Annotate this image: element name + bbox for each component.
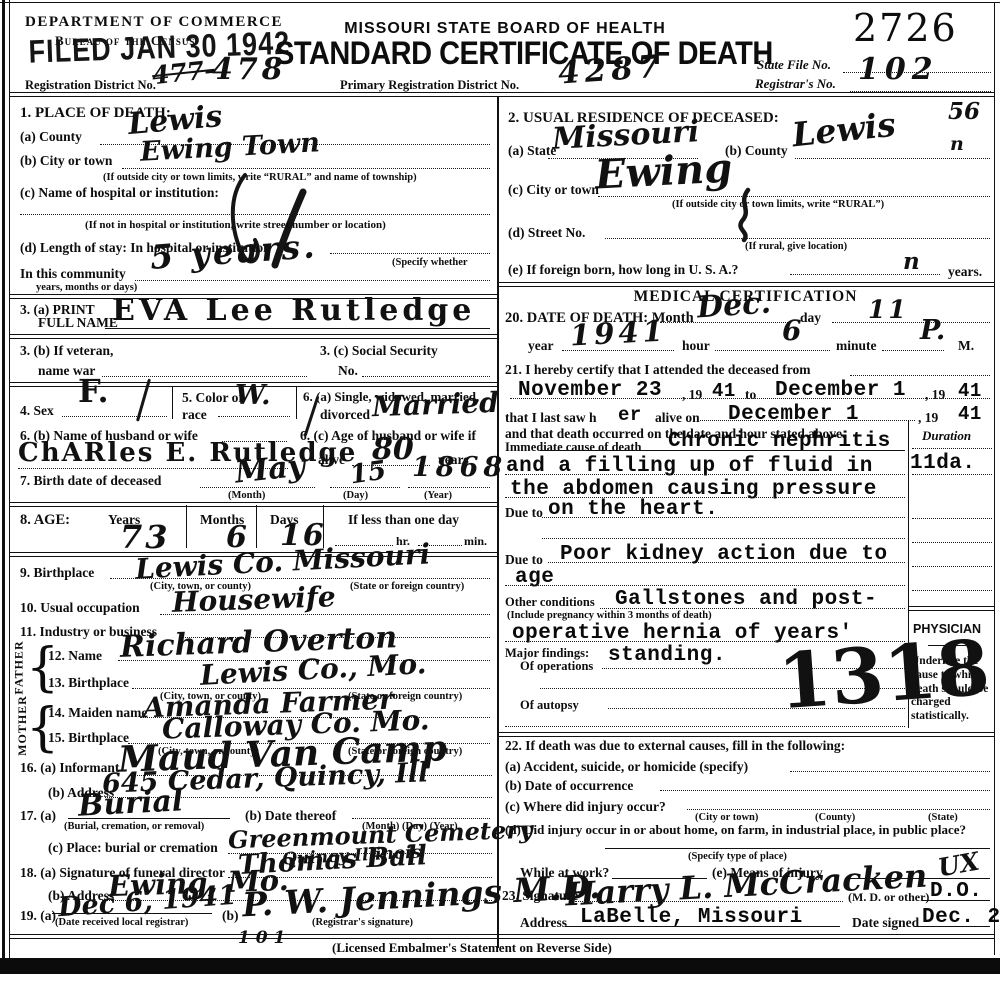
s2-foreign-label: (e) If foreign born, how long in U. S. A… [508, 262, 738, 278]
s20-month-line [660, 322, 790, 323]
s23-address-line [565, 926, 840, 927]
s456-divider1 [172, 386, 173, 419]
s2-foreign-mark: n [903, 248, 920, 275]
s21-to-label: to [745, 387, 756, 403]
other-conditions-label: Other conditions [505, 595, 595, 610]
s3c-label2: No. [338, 363, 358, 379]
s22-title: 22. If death was due to external causes,… [505, 738, 845, 754]
s23-date-label: Date signed [852, 915, 919, 931]
duration-header: Duration [922, 428, 971, 444]
s21-line1-rule [850, 375, 990, 376]
embalmer-footer: (Licensed Embalmer's Statement on Revers… [332, 940, 612, 956]
s22-d-label: (d) Did injury occur in or about home, o… [505, 822, 966, 838]
s3b-label1: 3. (b) If veteran, [20, 343, 113, 359]
s8-divider1 [186, 505, 187, 548]
s4-label: 4. Sex [20, 403, 54, 419]
s21-line1: 21. I hereby certify that I attended the… [505, 362, 810, 378]
s22-b-label: (b) Date of occurrence [505, 778, 633, 794]
other-hint: (Include pregnancy within 3 months of de… [507, 610, 712, 621]
s7-year-value: 1868 [412, 452, 507, 483]
s12-label: 12. Name [48, 648, 102, 664]
s23-md-label: (M. D. or other) [848, 890, 929, 905]
registrar-no-value: 102 [858, 52, 939, 87]
s19-b-hint: (Registrar's signature) [312, 917, 413, 928]
s2-county-label: (b) County [725, 143, 788, 159]
s23-signature-line [575, 901, 843, 902]
s7-bottom-rule [10, 502, 497, 507]
s5-line [218, 416, 290, 417]
s20-year-value: 1941 [569, 313, 667, 352]
duration-rule-6 [912, 590, 992, 591]
s22-c-line [687, 809, 990, 810]
s1-county-label: (a) County [20, 129, 82, 145]
s2-county-note: 56 [948, 98, 980, 125]
fullname-line [105, 328, 490, 329]
s22-d-line [605, 848, 990, 849]
s1-hospital-line [20, 214, 490, 215]
s2-city-line [598, 196, 990, 197]
s2-county-line [795, 158, 990, 159]
s2-foreign-suffix: years. [948, 264, 982, 280]
registration-district-line [160, 92, 332, 93]
due1-rule [542, 517, 905, 518]
autopsy-label: Of autopsy [520, 698, 579, 713]
s19-a-hint: (Date received local registrar) [55, 917, 188, 928]
bottom-scan-bar [0, 958, 1000, 974]
s17-a-label: 17. (a) [20, 808, 56, 824]
s20-day-value: 11 [868, 295, 909, 324]
s7-year-hint: (Year) [424, 490, 452, 501]
s5-value: W. [235, 380, 271, 411]
s1-city-label: (b) City or town [20, 153, 112, 169]
s23-md-line [922, 900, 990, 901]
s22-e-mark: UX [936, 847, 982, 883]
s10-line [160, 614, 490, 615]
s19-b-label: (b) [222, 908, 239, 924]
s20-year-line [562, 350, 674, 351]
s1-stay-line [330, 253, 490, 254]
primary-registration-value: 4287 [557, 48, 666, 91]
s21-line2a: that I last saw h [505, 410, 597, 426]
s7-year-line [408, 487, 490, 488]
s20-hour-line [715, 350, 830, 351]
s2-street-line [605, 238, 990, 239]
s6c-label2: alive [318, 452, 345, 468]
s7-month-line [200, 487, 315, 488]
s2-city-label: (c) City or town [508, 182, 599, 198]
s2-city-hint: (If outside city or town limits, write “… [672, 199, 884, 210]
fullname-value: EVA Lee Rutledge [112, 293, 475, 328]
due2-rule2 [505, 585, 905, 586]
duration-value: 11da. [910, 452, 976, 475]
registrar-no-label: Registrar's No. [755, 76, 836, 92]
death-certificate-document: DEPARTMENT OF COMMERCE Bureau of the Cen… [0, 0, 1000, 1000]
s22-d-hint: (Specify type of place) [688, 851, 787, 862]
s7-label: 7. Birth date of deceased [20, 473, 161, 489]
s3c-line [362, 376, 490, 377]
registration-district-label: Registration District No. [25, 78, 156, 93]
s2-county-mark: n [950, 133, 964, 155]
duration-rule-4 [912, 542, 992, 543]
state-file-label: State File No. [757, 57, 831, 73]
s7-day-hint: (Day) [343, 490, 368, 501]
physician-box-rule [908, 606, 994, 611]
s3b-line [102, 376, 307, 377]
s20-day-line [832, 322, 990, 323]
s1-community-label: In this community [20, 266, 126, 282]
other-rule1 [600, 608, 905, 609]
s4-line [62, 416, 167, 417]
s1-community-hint: years, months or days) [36, 282, 137, 293]
s1-hospital-hint: (If not in hospital or institution, writ… [85, 219, 386, 231]
due2-rule1 [548, 562, 905, 563]
s17-a-line [68, 818, 230, 819]
s19-a-label: 19. (a) [20, 908, 56, 924]
duration-rule-5 [912, 566, 992, 567]
left-border-outer [2, 0, 5, 958]
s21-19b: , 19 [925, 387, 945, 403]
s7-day-line [330, 487, 400, 488]
s21-from-rule [510, 398, 990, 399]
s8-lessday-header: If less than one day [348, 512, 459, 528]
s17-a-hint: (Burial, cremation, or removal) [64, 821, 204, 832]
right-border [994, 2, 995, 955]
s7-month-value: May [233, 448, 306, 490]
s22-a-line [790, 771, 990, 772]
s17-c-label: (c) Place: burial or cremation [48, 840, 218, 856]
s8-divider3 [323, 505, 324, 548]
s8-label: 8. AGE: [20, 512, 70, 529]
left-border-inner [9, 0, 10, 958]
s21-bottom-rule [497, 732, 994, 737]
s14-label: 14. Maiden name [48, 705, 147, 721]
s20-hour-label: hour [682, 338, 710, 354]
s5-label2: race [182, 407, 207, 423]
s10-label: 10. Usual occupation [20, 600, 140, 616]
s2-county-value: Lewis [790, 105, 897, 155]
s20-year-label: year [528, 338, 553, 354]
s8-min-label: min. [464, 534, 487, 549]
s3c-label1: 3. (c) Social Security [320, 343, 438, 359]
s9-line [110, 578, 490, 579]
operations-label: Of operations [520, 659, 593, 674]
registrar-no-line [850, 91, 991, 92]
s23-bottom-rule [497, 934, 994, 939]
s2-street-hint: (If rural, give location) [745, 241, 847, 252]
autopsy-handwritten-number: 1318 [775, 623, 992, 727]
s20-minute-label: minute [836, 338, 877, 354]
s3a-bottom-rule [10, 334, 497, 339]
s23-date-line [915, 926, 990, 927]
cause-line2-rule [505, 474, 905, 475]
s4-value: F. [78, 372, 109, 410]
primary-registration-label: Primary Registration District No. [340, 78, 519, 93]
s2-street-label: (d) Street No. [508, 225, 585, 241]
father-side-label: FATHER [12, 640, 27, 694]
s21-19c: , 19 [918, 410, 938, 426]
s1-stay-hint1: (Specify whether [392, 257, 468, 268]
certificate-number: 2726 [853, 6, 958, 50]
duration-rule-1 [912, 448, 992, 449]
cause-label: Immediate cause of death [505, 440, 641, 455]
duration-rule-2 [912, 474, 992, 475]
s22-a-label: (a) Accident, suicide, or homicide (spec… [505, 759, 748, 775]
s7-month-hint: (Month) [228, 490, 265, 501]
s19-bottom-rule [10, 934, 497, 939]
primary-registration-line [545, 92, 705, 93]
s7-day-value: 15 [348, 456, 388, 491]
s8-divider2 [256, 505, 257, 548]
s1-community-line [135, 280, 490, 281]
s21-lastseen: December 1 [728, 403, 859, 426]
s6a-label2: divorced [320, 407, 370, 423]
s21-yr3: 41 [958, 403, 982, 425]
blank-rule-3 [505, 726, 905, 727]
s20-month-value: Dec. [696, 285, 772, 325]
s20-m-label: M. [958, 338, 974, 354]
top-border [0, 2, 1000, 3]
s9-hint2: (State or foreign country) [350, 581, 464, 592]
s20-day-label: day [800, 310, 821, 326]
s21-er: er [618, 404, 642, 426]
s20-ampm-hand: P. [920, 315, 945, 346]
s1-city-line [122, 168, 490, 169]
s20-minute-line [882, 350, 944, 351]
s9-label: 9. Birthplace [20, 565, 94, 581]
s20-hour-value: 6 [782, 314, 801, 347]
pen-scribble [730, 188, 760, 243]
cause-line1-rule [540, 450, 905, 451]
s1-hospital-label: (c) Name of hospital or institution: [20, 185, 219, 201]
s456-divider2 [296, 386, 297, 419]
duration-rule-3 [912, 518, 992, 519]
s21-lastseen-rule [700, 420, 915, 421]
blank-rule-1 [542, 538, 905, 539]
major-findings-value: standing. [608, 644, 726, 667]
s22-c-label: (c) Where did injury occur? [505, 799, 666, 815]
s23-address-label: Address [520, 915, 567, 931]
s6a-value: Married [371, 386, 499, 423]
s19-a-line [52, 913, 212, 914]
due1-label: Due to [505, 505, 543, 521]
s22-b-line [660, 790, 990, 791]
registration-district-value: 478 [212, 52, 287, 87]
s2-city-value: Ewing [594, 144, 733, 198]
s21-line2b: alive on [655, 410, 700, 426]
s2-state-label: (a) State [508, 143, 556, 159]
registration-district-crossed: 477- [151, 55, 216, 90]
s21-19a: , 19 [682, 387, 702, 403]
s13-label: 13. Birthplace [48, 675, 129, 691]
certificate-title: STANDARD CERTIFICATE OF DEATH [275, 36, 735, 73]
